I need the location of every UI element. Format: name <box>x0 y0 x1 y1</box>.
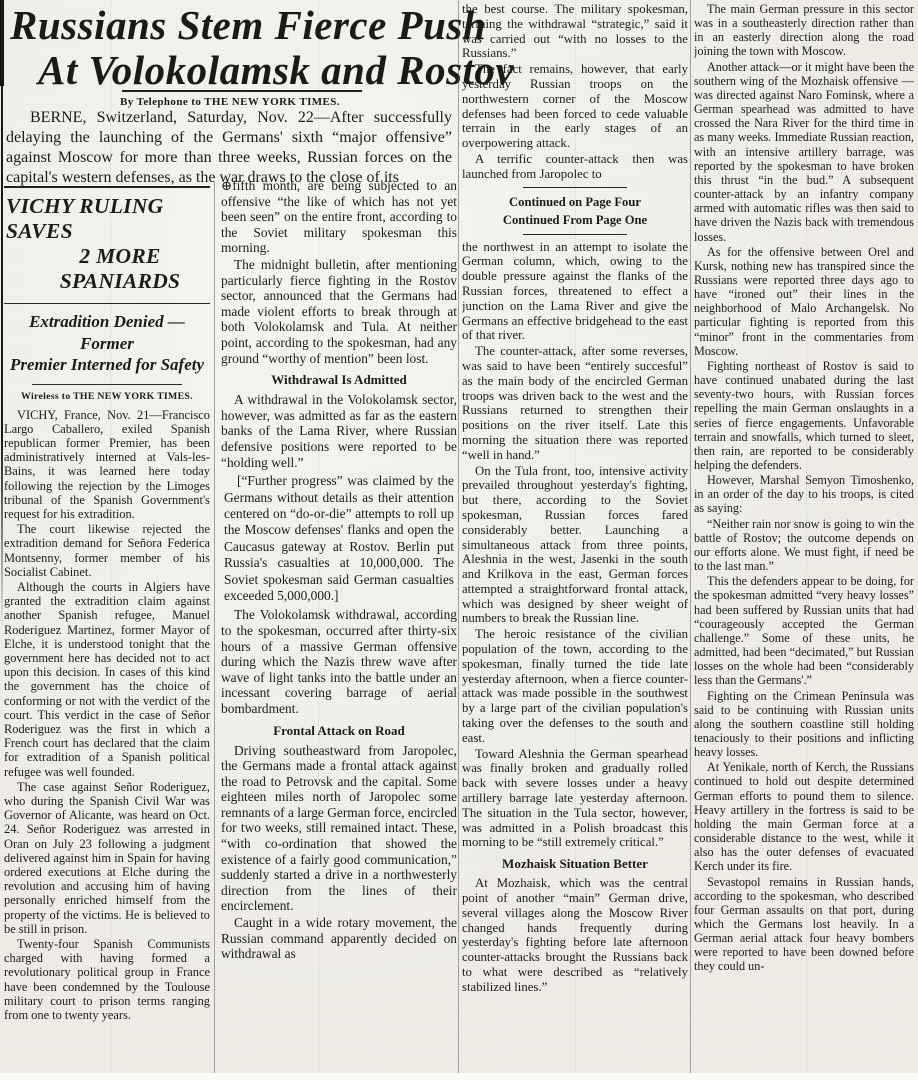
article-paragraph: “Neither rain nor snow is going to win t… <box>694 517 914 574</box>
article-paragraph: Although the courts in Algiers have gran… <box>4 580 210 779</box>
column-four-body: The main German pressure in this sector … <box>694 2 914 1074</box>
scan-bottom-edge <box>0 1073 918 1080</box>
article-paragraph: As for the offensive between Orel and Ku… <box>694 245 914 358</box>
subhead-rule-top <box>4 303 210 304</box>
article-paragraph: This the defenders appear to be doing, f… <box>694 574 914 687</box>
scan-streak-artifact <box>318 0 319 1080</box>
article-paragraph: The main German pressure in this sector … <box>694 2 914 59</box>
column-divider-rule <box>458 0 459 1074</box>
article-paragraph: Fighting on the Crimean Peninsula was sa… <box>694 689 914 760</box>
column-divider-rule <box>690 0 691 1074</box>
article-paragraph: Driving southeastward from Jaropolec, th… <box>221 743 457 915</box>
article-paragraph: The midnight bulletin, after mentioning … <box>221 257 457 366</box>
vichy-headline-line2: 2 MORE SPANIARDS <box>4 244 210 294</box>
article-paragraph: Sevastopol remains in Russian hands, acc… <box>694 875 914 974</box>
article-paragraph: The case against Señor Roderiguez, who d… <box>4 780 210 936</box>
article-paragraph: Another attack—or it might have been the… <box>694 60 914 244</box>
article-paragraph: The Volokolamsk withdrawal, according to… <box>221 607 457 716</box>
vichy-subhead-line1: Extradition Denied — Former <box>4 311 210 354</box>
subhead-rule-bottom <box>32 384 182 385</box>
column-vichy-article: VICHY RULING SAVES 2 MORE SPANIARDS Extr… <box>4 186 210 1076</box>
section-subhead: Withdrawal Is Admitted <box>221 372 457 388</box>
article-paragraph: Twenty-four Spanish Communists charged w… <box>4 937 210 1022</box>
vichy-article-body: VICHY, France, Nov. 21—Francisco Largo C… <box>4 408 210 1023</box>
scan-streak-artifact <box>575 0 576 1080</box>
article-paragraph: VICHY, France, Nov. 21—Francisco Largo C… <box>4 408 210 522</box>
article-paragraph: However, Marshal Semyon Timoshenko, in a… <box>694 473 914 515</box>
article-paragraph: A withdrawal in the Volokolamsk sector, … <box>221 392 457 470</box>
column-top-rule <box>4 186 210 188</box>
article-paragraph: Caught in a wide rotary movement, the Ru… <box>221 915 457 962</box>
byline: By Telephone to THE NEW YORK TIMES. <box>0 96 460 108</box>
article-paragraph: Fighting northeast of Rostov is said to … <box>694 359 914 472</box>
scan-streak-artifact <box>806 0 807 1080</box>
newspaper-scan-page: Russians Stem Fierce Push At Volokolamsk… <box>0 0 918 1080</box>
article-paragraph: The court likewise rejected the extradit… <box>4 522 210 579</box>
scan-streak-artifact <box>110 0 111 1080</box>
scan-edge-artifact <box>1 0 3 630</box>
headline-rule <box>122 90 362 92</box>
article-paragraph: ⊕fifth month, are being subjected to an … <box>221 178 457 256</box>
bracketed-paragraph: [“Further progress” was claimed by the G… <box>221 471 457 606</box>
section-subhead: Frontal Attack on Road <box>221 723 457 739</box>
main-headline-line1: Russians Stem Fierce Push <box>10 1 486 49</box>
column-divider-rule <box>214 182 215 1074</box>
vichy-headline-line1: VICHY RULING SAVES <box>4 194 210 244</box>
lead-paragraph: BERNE, Switzerland, Saturday, Nov. 22—Af… <box>6 108 452 188</box>
vichy-subhead-line2: Premier Interned for Safety <box>4 354 210 376</box>
wire-credit: Wireless to THE NEW YORK TIMES. <box>4 391 210 402</box>
article-paragraph: At Yenikale, north of Kerch, the Russian… <box>694 760 914 873</box>
column-two-body: ⊕fifth month, are being subjected to an … <box>221 178 457 1078</box>
